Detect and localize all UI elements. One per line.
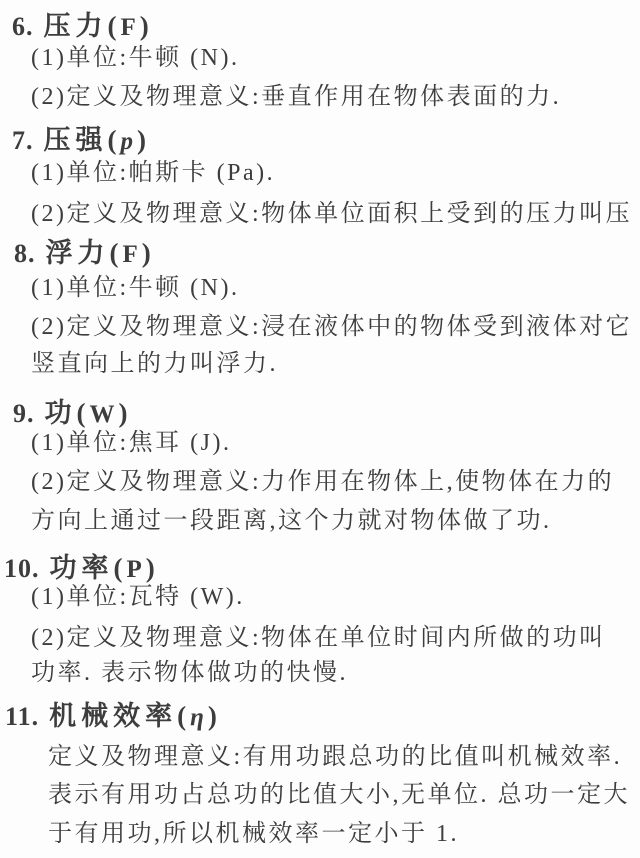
section-6-close-paren: ) bbox=[140, 11, 149, 41]
section-9-definition-line-1: (2)定义及物理意义:力作用在物体上,使物体在力的 bbox=[31, 462, 614, 502]
section-6-unit-line: (1)单位:牛顿 (N). bbox=[31, 38, 239, 78]
section-6-definition-line: (2)定义及物理意义:垂直作用在物体表面的力. bbox=[31, 77, 561, 117]
section-8-symbol: F bbox=[123, 241, 138, 268]
section-7-symbol: p bbox=[121, 128, 134, 155]
section-8-title: 浮力 bbox=[46, 238, 110, 268]
section-8-definition-line-1: (2)定义及物理意义:浸在液体中的物体受到液体对它 bbox=[31, 307, 632, 347]
section-7-number: 7. bbox=[12, 126, 34, 155]
section-8-unit-line: (1)单位:牛顿 (N). bbox=[31, 268, 239, 308]
section-11-title: 机械效率 bbox=[49, 701, 177, 731]
section-9-unit-line: (1)单位:焦耳 (J). bbox=[31, 423, 231, 463]
section-8-definition-line-2: 竖直向上的力叫浮力. bbox=[31, 344, 278, 384]
section-11-definition-line-2: 表示有用功占总功的比值大小,无单位. 总功一定大 bbox=[48, 775, 630, 815]
section-11-number: 11. bbox=[5, 702, 39, 731]
section-7-title: 压强 bbox=[44, 125, 108, 155]
section-8-close-paren: ) bbox=[142, 238, 151, 268]
section-6-open-paren: ( bbox=[108, 11, 117, 41]
section-7-open-paren: ( bbox=[108, 125, 117, 155]
section-11-heading: 11.机械效率(η) bbox=[5, 696, 217, 736]
section-10-unit-line: (1)单位:瓦特 (W). bbox=[31, 577, 245, 617]
section-8-heading: 8.浮力(F) bbox=[14, 233, 151, 273]
section-6-number: 6. bbox=[12, 12, 34, 41]
section-8-number: 8. bbox=[14, 239, 36, 268]
section-7-close-paren: ) bbox=[137, 125, 146, 155]
section-7-definition-line: (2)定义及物理意义:物体单位面积上受到的压力叫压 bbox=[31, 194, 632, 234]
section-6-symbol: F bbox=[121, 14, 136, 41]
section-11-definition-line-1: 定义及物理意义:有用功跟总功的比值叫机械效率. bbox=[48, 737, 622, 777]
section-10-definition-line-1: (2)定义及物理意义:物体在单位时间内所做的功叫 bbox=[31, 618, 606, 658]
section-10-definition-line-2: 功率. 表示物体做功的快慢. bbox=[31, 653, 348, 693]
section-9-definition-line-2: 方向上通过一段距离,这个力就对物体做了功. bbox=[31, 501, 552, 541]
section-6-title: 压力 bbox=[44, 11, 108, 41]
section-8-open-paren: ( bbox=[110, 238, 119, 268]
section-11-definition-line-3: 于有用功,所以机械效率一定小于 1. bbox=[48, 814, 459, 854]
section-7-unit-line: (1)单位:帕斯卡 (Pa). bbox=[31, 153, 275, 193]
section-11-open-paren: ( bbox=[177, 701, 186, 731]
section-11-symbol: η bbox=[190, 704, 204, 731]
section-11-close-paren: ) bbox=[208, 701, 217, 731]
document-page: 6.压力(F) (1)单位:牛顿 (N). (2)定义及物理意义:垂直作用在物体… bbox=[0, 0, 640, 858]
